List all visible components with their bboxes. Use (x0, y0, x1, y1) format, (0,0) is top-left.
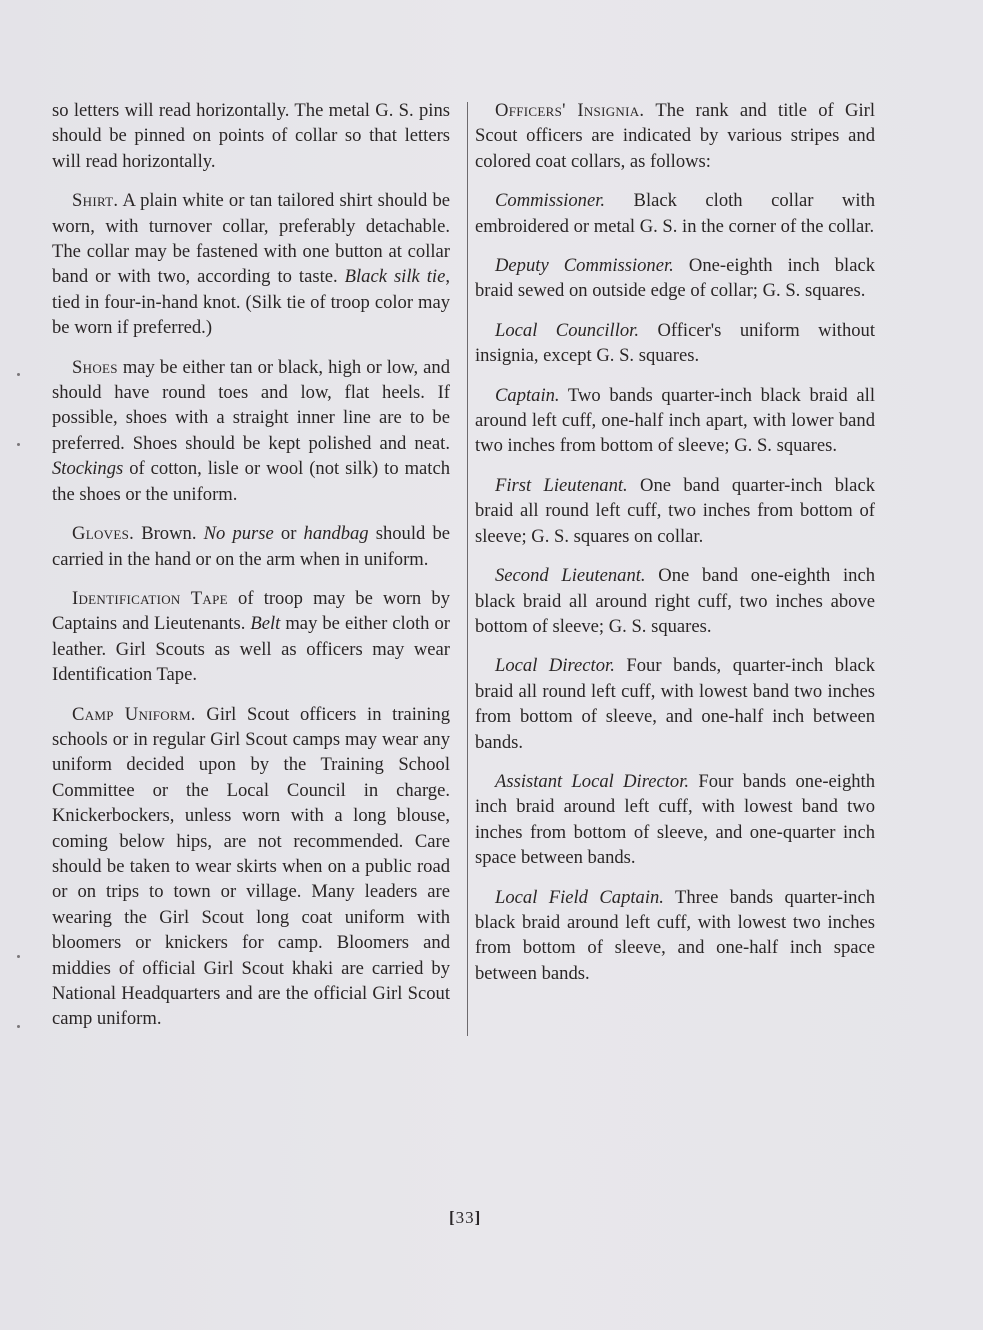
rank-title: Second Lieutenant. (495, 565, 646, 586)
section-heading-shoes: Shoes (72, 357, 118, 378)
scan-speck (17, 955, 20, 958)
section-heading-camp-uniform: Camp Uniform. (72, 704, 196, 725)
paragraph-shoes: Shoes may be either tan or black, high o… (52, 355, 450, 507)
right-column: Officers' Insignia. The rank and title o… (475, 98, 875, 1000)
column-divider (467, 102, 468, 1036)
paragraph-text: or (274, 523, 304, 544)
rank-title: Local Field Captain. (495, 887, 664, 908)
paragraph-text: Brown. (134, 523, 204, 544)
left-column: so letters will read horizontally. The m… (52, 98, 450, 1046)
rank-title: Commissioner. (495, 190, 605, 211)
section-heading-identification-tape: Identification Tape (72, 588, 228, 609)
rank-entry-local-field-captain: Local Field Captain. Three bands quarter… (475, 885, 875, 987)
paragraph-text: so letters will read horizontally. The m… (52, 100, 450, 172)
rank-title: First Lieutenant. (495, 475, 628, 496)
italic-term: Stockings (52, 458, 123, 479)
rank-entry-first-lieutenant: First Lieutenant. One band quarter-inch … (475, 473, 875, 549)
paragraph-collar-continued: so letters will read horizontally. The m… (52, 98, 450, 174)
rank-entry-deputy-commissioner: Deputy Commissioner. One-eighth inch bla… (475, 253, 875, 304)
section-heading-gloves: Gloves. (72, 523, 134, 544)
folio-number: 33 (456, 1208, 475, 1227)
italic-term: No purse (204, 523, 274, 544)
rank-entry-commissioner: Commissioner. Black cloth collar with em… (475, 188, 875, 239)
rank-entry-captain: Captain. Two bands quarter-inch black br… (475, 383, 875, 459)
rank-title: Local Director. (495, 655, 615, 676)
paragraph-identification-tape: Identification Tape of troop may be worn… (52, 586, 450, 688)
scan-speck (17, 443, 20, 446)
folio-bracket-close: ] (475, 1208, 482, 1227)
folio-bracket-open: [ (449, 1208, 456, 1227)
paragraph-gloves: Gloves. Brown. No purse or handbag shoul… (52, 521, 450, 572)
rank-entry-assistant-local-director: Assistant Local Director. Four bands one… (475, 769, 875, 871)
scan-speck (17, 1025, 20, 1028)
section-heading-officers-insignia: Officers' Insignia. (495, 100, 644, 121)
paragraph-text: Girl Scout officers in training schools … (52, 704, 450, 1030)
page-number: [33] (449, 1208, 481, 1228)
paragraph-officers-insignia: Officers' Insignia. The rank and title o… (475, 98, 875, 174)
rank-title: Captain. (495, 385, 560, 406)
italic-term: handbag (304, 523, 369, 544)
italic-term: Belt (250, 613, 280, 634)
rank-entry-local-director: Local Director. Four bands, quarter-inch… (475, 653, 875, 755)
italic-term: Black silk tie (345, 266, 446, 287)
paragraph-camp-uniform: Camp Uniform. Girl Scout officers in tra… (52, 702, 450, 1032)
rank-entry-second-lieutenant: Second Lieutenant. One band one-eighth i… (475, 563, 875, 639)
rank-title: Local Councillor. (495, 320, 639, 341)
rank-entry-local-councillor: Local Councillor. Officer's uniform with… (475, 318, 875, 369)
section-heading-shirt: Shirt. (72, 190, 118, 211)
paragraph-shirt: Shirt. A plain white or tan tailored shi… (52, 188, 450, 340)
scan-speck (17, 373, 20, 376)
rank-title: Assistant Local Director. (495, 771, 689, 792)
book-page: so letters will read horizontally. The m… (0, 0, 983, 1330)
rank-title: Deputy Commissioner. (495, 255, 674, 276)
